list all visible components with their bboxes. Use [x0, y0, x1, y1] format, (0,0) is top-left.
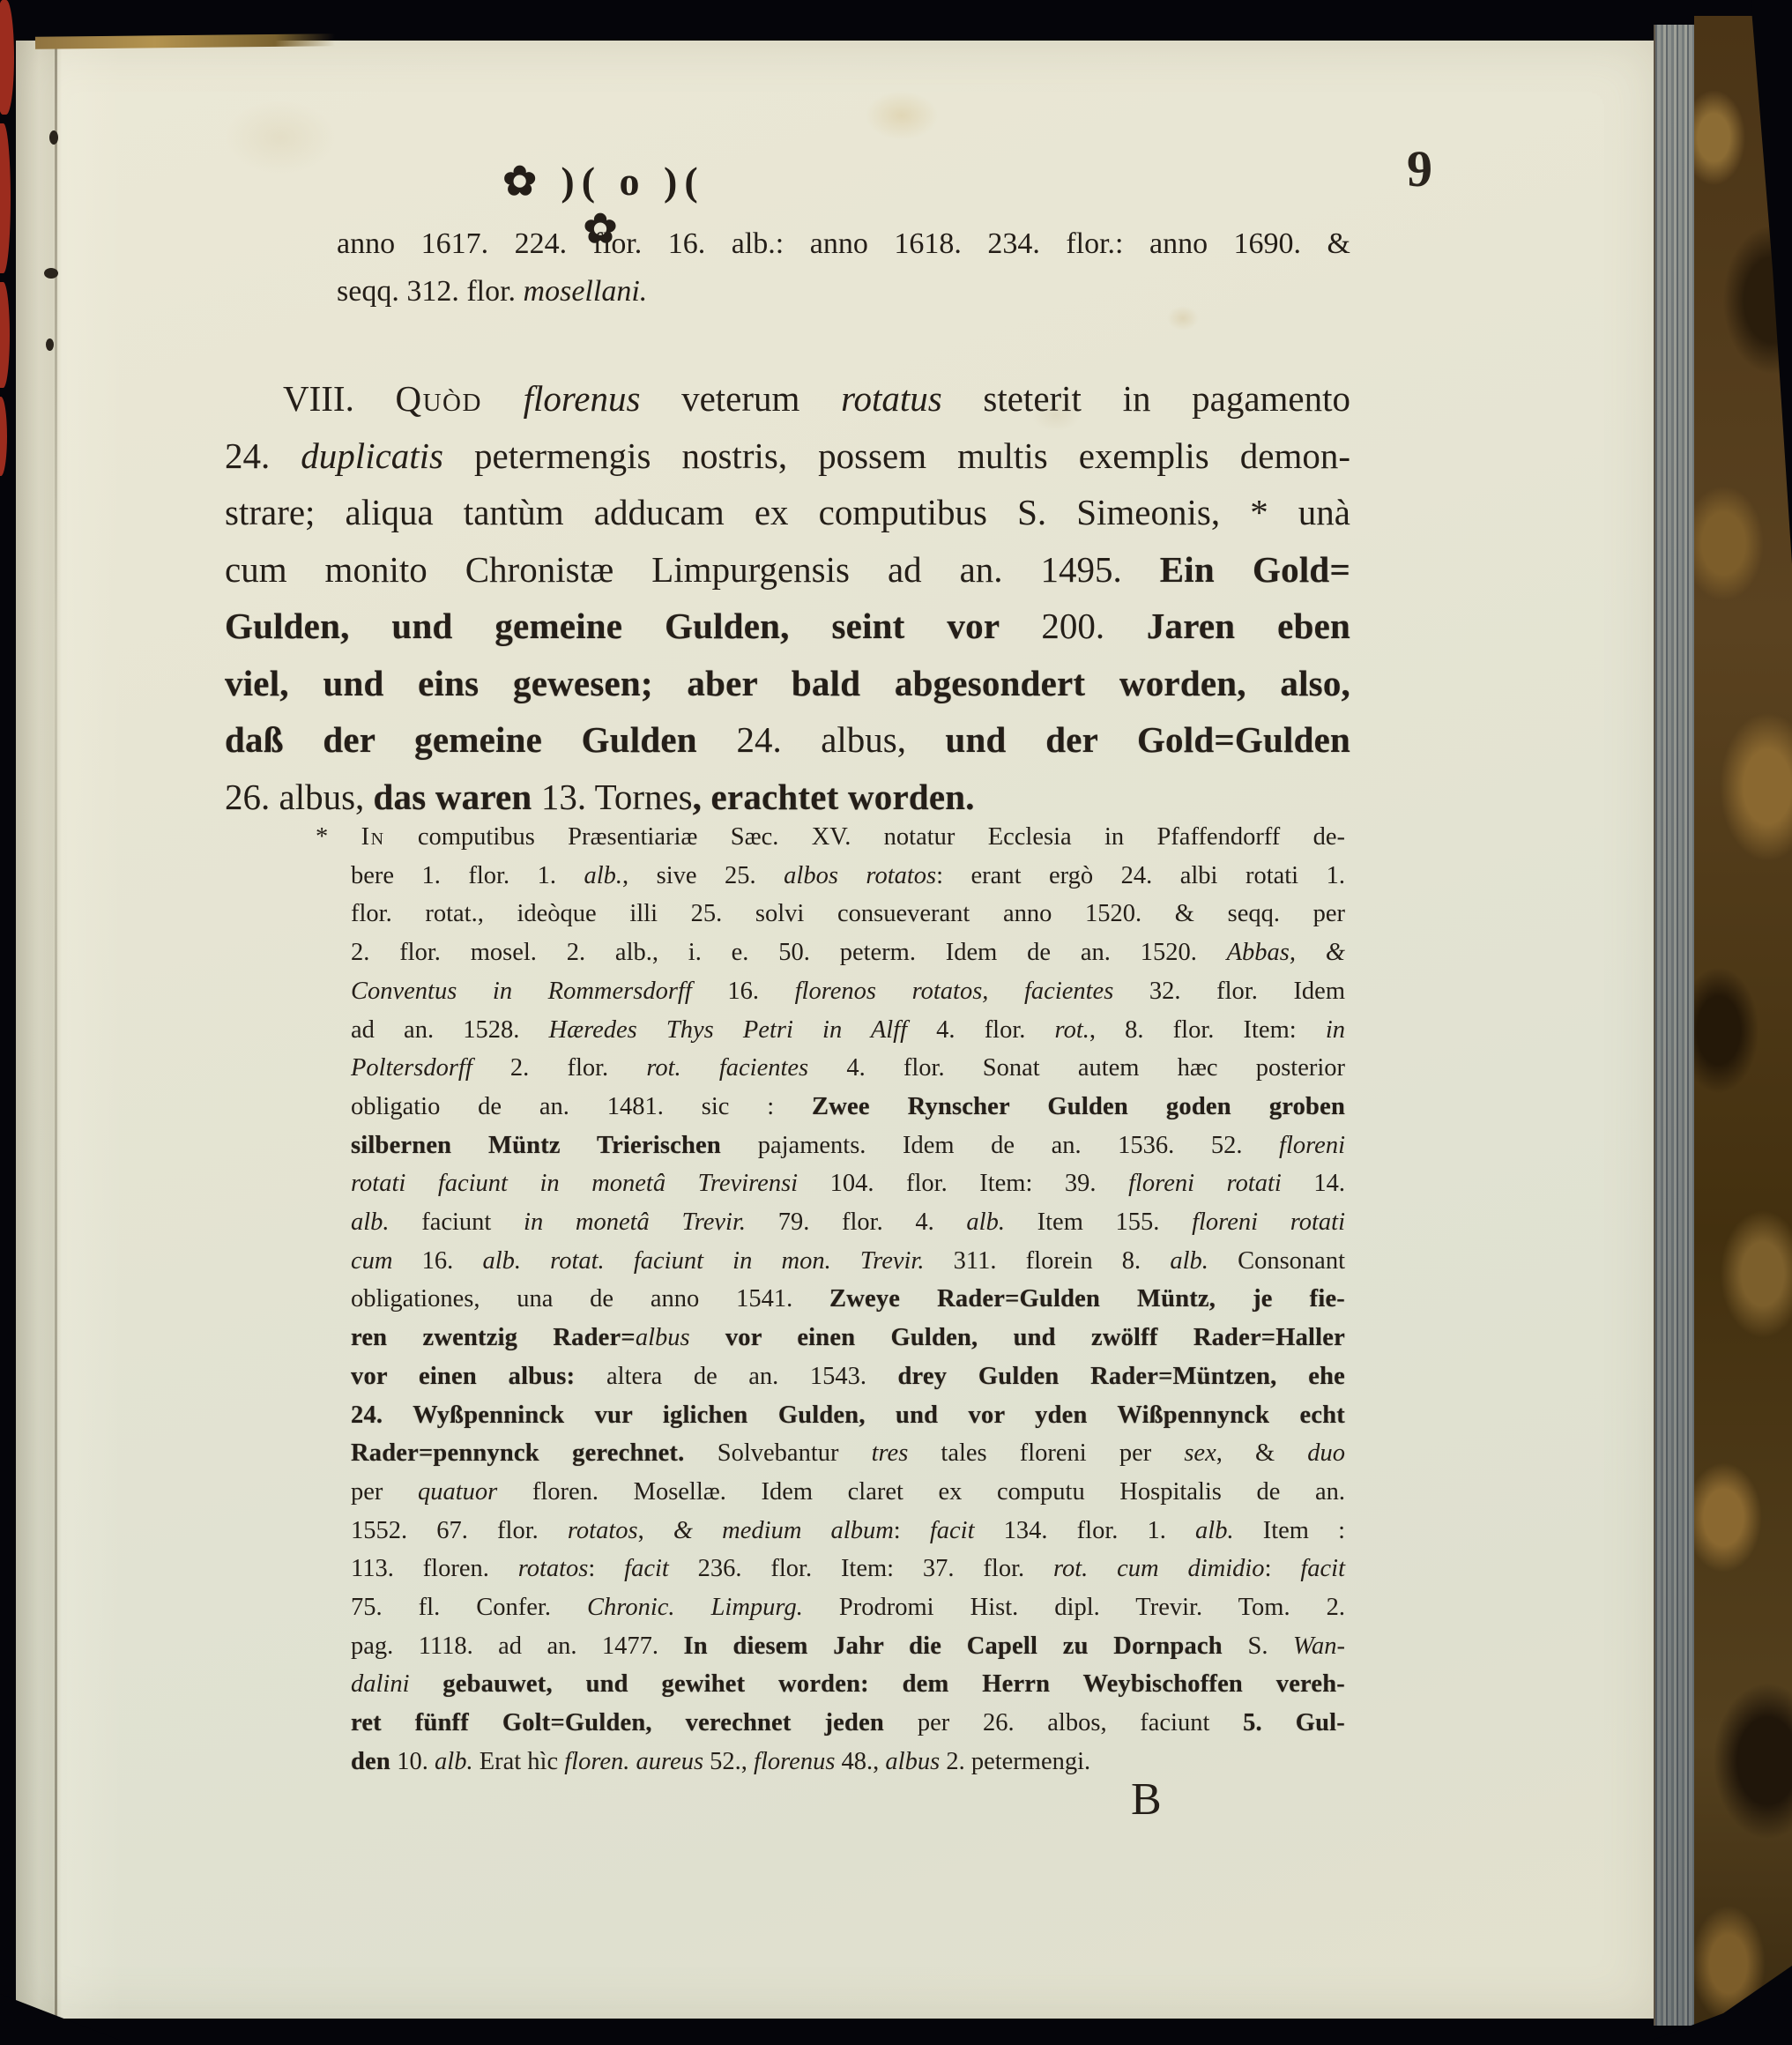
text-segment: 24. Wyßpenninck vur iglichen Gulden, und… [351, 1402, 1345, 1429]
text-line: 26. albus, das waren 13. Tornes, erachte… [225, 769, 1350, 826]
text-line: anno 1617. 224. flor. 16. alb.: anno 161… [337, 220, 1350, 268]
text-segment: 134. flor. 1. [975, 1517, 1196, 1544]
sewing-hole [46, 338, 54, 351]
text-segment: floreni rotati [1128, 1170, 1282, 1197]
text-segment: rot. facientes [646, 1054, 808, 1082]
text-segment: Wan- [1293, 1632, 1345, 1660]
text-line: dalini gebauwet, und gewihet worden: dem… [351, 1665, 1345, 1704]
text-segment: alb. [1195, 1517, 1234, 1544]
text-line: obligatio de an. 1481. sic : Zwee Rynsch… [351, 1088, 1345, 1127]
text-segment: floren. aureus [564, 1748, 703, 1775]
text-segment: alb. [966, 1208, 1005, 1236]
text-line: 113. floren. rotatos: facit 236. flor. I… [351, 1550, 1345, 1588]
text-line: cum monito Chronistæ Limpurgensis ad an.… [225, 541, 1350, 599]
text-segment: das waren [374, 777, 541, 817]
text-segment: alb. [1170, 1247, 1208, 1275]
text-segment: Consonant [1208, 1247, 1345, 1275]
text-segment: vor einen albus: [351, 1363, 606, 1390]
text-segment: 1552. 67. flor. [351, 1517, 568, 1544]
text-segment: quatuor [418, 1478, 497, 1506]
gutter-shadow [16, 41, 148, 2019]
footnote-paragraph: * In computibus Præsentiariæ Sæc. XV. no… [351, 818, 1345, 1781]
text-segment: facit [930, 1517, 975, 1544]
text-segment: : [1265, 1555, 1301, 1582]
text-segment: albus [885, 1748, 940, 1775]
text-segment: bere 1. flor. 1. [351, 862, 584, 889]
text-segment: 14. [1282, 1170, 1345, 1197]
text-segment: 79. flor. 4. [746, 1208, 966, 1236]
text-segment: per [351, 1478, 418, 1506]
text-segment: , erachtet worden. [693, 777, 975, 817]
text-segment: 2. flor. mosel. 2. alb., i. e. 50. peter… [351, 939, 1227, 966]
text-segment: tales floreni per [908, 1439, 1184, 1467]
text-segment: 2. flor. [472, 1054, 647, 1082]
text-segment: 24. albus, [736, 719, 945, 760]
text-segment: floreni rotati [1192, 1208, 1345, 1236]
text-segment: anno 1617. 224. flor. 16. alb.: anno 161… [337, 227, 1350, 260]
text-segment: 113. floren. [351, 1555, 518, 1582]
text-segment: Jaren eben [1147, 606, 1350, 646]
text-segment: 200. [1041, 606, 1146, 646]
text-segment: veterum [640, 378, 841, 419]
text-segment: 4. flor. Sonat autem hæc posterior [808, 1054, 1345, 1082]
text-segment: Quòd [395, 378, 481, 419]
text-segment: , sive 25. [622, 862, 784, 889]
text-segment: in [1326, 1016, 1345, 1044]
text-segment: In diesem Jahr die Capell zu Dornpach [684, 1632, 1248, 1660]
main-paragraph: VIII. Quòd florenus veterum rotatus stet… [225, 370, 1350, 825]
text-segment: 236. flor. Item: 37. flor. [669, 1555, 1053, 1582]
text-segment: : erant ergò 24. albi rotati 1. [936, 862, 1345, 889]
text-segment: Chronic. Limpurg. [587, 1594, 803, 1621]
text-line: bere 1. flor. 1. alb., sive 25. albos ro… [351, 857, 1345, 896]
text-line: vor einen albus: altera de an. 1543. dre… [351, 1357, 1345, 1396]
text-segment: pajaments. Idem de an. 1536. 52. [758, 1132, 1279, 1159]
text-line: ret fünff Golt=Gulden, verechnet jeden p… [351, 1704, 1345, 1743]
text-segment: rotatos [518, 1555, 589, 1582]
text-segment: 16. [692, 978, 795, 1005]
text-segment: 4. flor. [907, 1016, 1055, 1044]
text-segment: ad an. 1528. [351, 1016, 549, 1044]
gutter-crease-line [55, 41, 57, 2019]
text-segment: 13. Tornes [541, 777, 693, 817]
text-segment: duo [1307, 1439, 1345, 1467]
text-segment: , 8. flor. Item: [1089, 1016, 1326, 1044]
text-segment: silbernen Müntz Trierischen [351, 1132, 758, 1159]
text-line: per quatuor floren. Mosellæ. Idem claret… [351, 1473, 1345, 1512]
text-segment: albus, [279, 777, 374, 817]
text-segment [482, 378, 524, 419]
text-segment: Poltersdorff [351, 1054, 472, 1082]
text-segment: : [588, 1555, 624, 1582]
text-segment: VIII. [283, 378, 395, 419]
text-segment: Conventus in Rommersdorff [351, 978, 692, 1005]
text-segment: 48., [835, 1748, 885, 1775]
text-line: ad an. 1528. Hæredes Thys Petri in Alff … [351, 1011, 1345, 1050]
text-segment: steterit in pagamento [942, 378, 1350, 419]
text-line: flor. rotat., ideòque illi 25. solvi con… [351, 895, 1345, 933]
text-segment: daß der gemeine Gulden [225, 719, 736, 760]
text-segment: facit [624, 1555, 669, 1582]
text-segment: Ein Gold= [1160, 549, 1350, 590]
sewing-hole [44, 268, 58, 279]
text-segment: Hæredes Thys Petri in Alff [549, 1016, 908, 1044]
red-edge-mark [0, 282, 10, 388]
text-segment: * [316, 823, 361, 851]
text-segment: rotatos [568, 1517, 638, 1544]
text-segment: In [361, 823, 385, 851]
text-line: 2. flor. mosel. 2. alb., i. e. 50. peter… [351, 933, 1345, 972]
text-line: * In computibus Præsentiariæ Sæc. XV. no… [351, 818, 1345, 857]
text-segment: albos rotatos [784, 862, 936, 889]
intro-paragraph: anno 1617. 224. flor. 16. alb.: anno 161… [337, 220, 1350, 316]
text-line: obligationes, una de anno 1541. Zweye Ra… [351, 1280, 1345, 1319]
text-segment: cum monito Chronistæ Limpurgensis ad an.… [225, 549, 1160, 590]
text-line: 1552. 67. flor. rotatos, & medium album:… [351, 1512, 1345, 1550]
text-segment: , & [1216, 1439, 1308, 1467]
text-segment: Abbas, & [1227, 939, 1345, 966]
text-segment: 2. petermengi. [940, 1748, 1090, 1775]
text-segment: 32. flor. Idem [1113, 978, 1345, 1005]
text-segment: flor. rotat., ideòque illi 25. solvi con… [351, 900, 1345, 927]
text-segment: florenus [524, 378, 641, 419]
text-line: Poltersdorff 2. flor. rot. facientes 4. … [351, 1049, 1345, 1088]
text-segment: und der Gold=Gulden [946, 719, 1351, 760]
text-segment: viel, und eins gewesen; aber bald abgeso… [225, 663, 1350, 703]
text-segment: florenos rotatos, facientes [795, 978, 1114, 1005]
text-segment: Gulden, und gemeine Gulden, seint vor [225, 606, 1041, 646]
text-segment: dalini [351, 1670, 410, 1698]
text-segment: seqq. 312. flor. [337, 275, 524, 308]
text-segment: florenus [754, 1748, 835, 1775]
text-segment: floren. Mosellæ. Idem claret ex computu … [497, 1478, 1345, 1506]
text-segment: , [638, 1517, 673, 1544]
text-segment: vor einen Gulden, und zwölff Rader=Halle… [690, 1324, 1345, 1351]
text-segment: Zwee Rynscher Gulden goden groben [812, 1093, 1345, 1120]
text-segment: faciunt [390, 1208, 524, 1236]
text-segment: gebauwet, und gewihet worden: dem Herrn … [410, 1670, 1345, 1698]
text-segment: rotati faciunt in monetâ Trevirensi [351, 1170, 798, 1197]
text-segment: obligatio de an. 1481. sic : [351, 1093, 812, 1120]
text-segment: 26. [225, 777, 279, 817]
text-segment: cum [351, 1247, 392, 1275]
text-segment: Rader=pennynck gerechnet. [351, 1439, 718, 1467]
text-segment: Prodromi Hist. dipl. Trevir. Tom. 2. [803, 1594, 1345, 1621]
text-line: seqq. 312. flor. mosellani. [337, 268, 1350, 316]
text-segment: per 26. albos, faciunt [918, 1709, 1243, 1736]
text-segment: tres [872, 1439, 909, 1467]
sewing-hole [49, 130, 58, 145]
text-segment: computibus Præsentiariæ Sæc. XV. notatur… [385, 823, 1345, 851]
text-segment: mosellani. [524, 275, 648, 308]
text-segment: 52., [703, 1748, 754, 1775]
text-line: strare; aliqua tantùm adducam ex computi… [225, 484, 1350, 541]
text-segment: Zweye Rader=Gulden Müntz, je fie- [829, 1285, 1345, 1313]
text-line: 75. fl. Confer. Chronic. Limpurg. Prodro… [351, 1588, 1345, 1627]
text-segment: : [894, 1517, 930, 1544]
text-segment: Item 155. [1005, 1208, 1192, 1236]
text-segment: 75. fl. Confer. [351, 1594, 587, 1621]
text-segment: rot. cum dimidio [1053, 1555, 1265, 1582]
text-line: Gulden, und gemeine Gulden, seint vor 20… [225, 598, 1350, 655]
text-segment: 5. Gul- [1243, 1709, 1345, 1736]
text-segment: 10. [397, 1748, 435, 1775]
text-line: silbernen Müntz Trierischen pajaments. I… [351, 1127, 1345, 1165]
text-line: pag. 1118. ad an. 1477. In diesem Jahr d… [351, 1627, 1345, 1666]
text-segment: sex [1184, 1439, 1216, 1467]
scanned-book-photo: ✿ )( o )( ✿ 9 anno 1617. 224. flor. 16. … [0, 0, 1792, 2045]
text-segment: alb. [351, 1208, 390, 1236]
text-segment: petermengis nostris, possem multis exemp… [443, 435, 1350, 476]
text-segment: den [351, 1748, 397, 1775]
text-line: daß der gemeine Gulden 24. albus, und de… [225, 711, 1350, 769]
text-segment: ret fünff Golt=Gulden, verechnet jeden [351, 1709, 918, 1736]
red-edge-mark [0, 397, 7, 476]
red-edge-mark [0, 0, 14, 115]
header-ornament: ✿ )( o )( ✿ [476, 157, 732, 220]
text-segment: Erat hìc [473, 1748, 565, 1775]
text-segment: pag. 1118. ad an. 1477. [351, 1632, 684, 1660]
text-segment: floreni [1279, 1132, 1345, 1159]
text-segment: obligationes, una de anno 1541. [351, 1285, 829, 1313]
text-segment: ren zwentzig Rader= [351, 1324, 636, 1351]
text-line: viel, und eins gewesen; aber bald abgeso… [225, 655, 1350, 712]
red-edge-mark [0, 123, 11, 273]
text-line: VIII. Quòd florenus veterum rotatus stet… [225, 370, 1350, 428]
text-line: den 10. alb. Erat hìc floren. aureus 52.… [351, 1743, 1345, 1781]
text-segment: altera de an. 1543. [606, 1363, 897, 1390]
text-line: rotati faciunt in monetâ Trevirensi 104.… [351, 1164, 1345, 1203]
text-segment: strare; aliqua tantùm adducam ex computi… [225, 492, 1350, 532]
text-segment: S. [1247, 1632, 1292, 1660]
text-segment: 16. [392, 1247, 482, 1275]
text-segment: albus [636, 1324, 690, 1351]
text-segment: duplicatis [301, 435, 443, 476]
text-segment: in monetâ Trevir. [524, 1208, 746, 1236]
text-segment: rot. [1055, 1016, 1089, 1044]
text-segment: drey Gulden Rader=Müntzen, ehe [897, 1363, 1345, 1390]
gathering-signature: B [1131, 1774, 1162, 1826]
text-segment: 104. flor. Item: 39. [798, 1170, 1128, 1197]
text-line: Conventus in Rommersdorff 16. florenos r… [351, 972, 1345, 1011]
page-fore-edge-stack [1654, 25, 1696, 2026]
text-segment: & medium album [673, 1517, 894, 1544]
page-number: 9 [1407, 139, 1486, 198]
text-segment: Item : [1234, 1517, 1345, 1544]
text-line: 24. Wyßpenninck vur iglichen Gulden, und… [351, 1396, 1345, 1435]
text-segment: rotatus [841, 378, 942, 419]
text-line: cum 16. alb. rotat. faciunt in mon. Trev… [351, 1242, 1345, 1281]
text-line: Rader=pennynck gerechnet. Solvebantur tr… [351, 1434, 1345, 1473]
text-segment: alb. [584, 862, 622, 889]
text-line: ren zwentzig Rader=albus vor einen Gulde… [351, 1319, 1345, 1357]
text-segment: 24. [225, 435, 301, 476]
text-segment: Solvebantur [718, 1439, 872, 1467]
text-segment: facit [1300, 1555, 1345, 1582]
text-line: 24. duplicatis petermengis nostris, poss… [225, 428, 1350, 485]
text-segment: alb. [435, 1748, 473, 1775]
text-line: alb. faciunt in monetâ Trevir. 79. flor.… [351, 1203, 1345, 1242]
text-segment: alb. rotat. faciunt in mon. Trevir. [482, 1247, 924, 1275]
text-segment: 311. florein 8. [925, 1247, 1171, 1275]
